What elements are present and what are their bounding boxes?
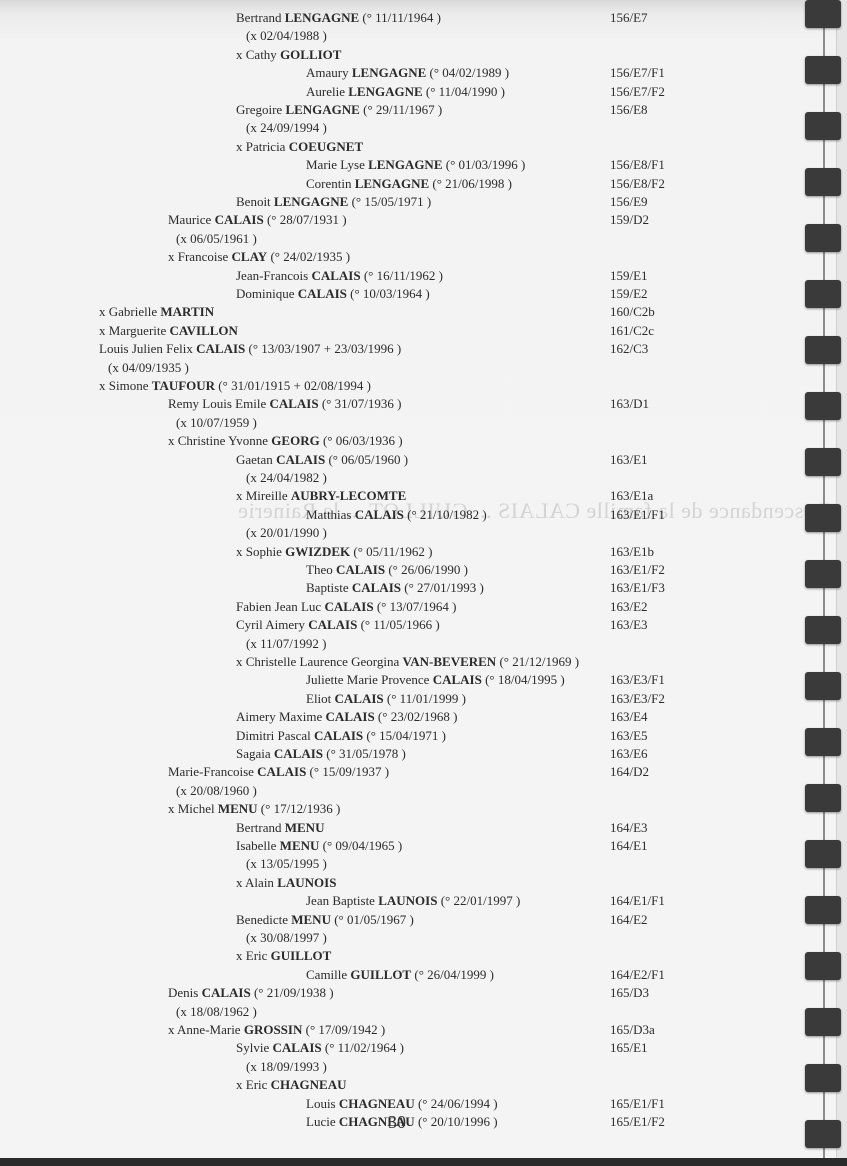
entry-name: Louis CHAGNEAU (° 24/06/1994 ) [306, 1095, 498, 1113]
document-page: Descendance de la famille CALAIS ... GUI… [0, 0, 847, 1166]
genealogy-line: (x 24/04/1982 ) [0, 469, 780, 487]
binding-ring [805, 224, 841, 252]
entry-name: Dominique CALAIS (° 10/03/1964 ) [236, 285, 430, 303]
entry-name: (x 06/05/1961 ) [176, 230, 257, 248]
genealogy-entry: Benoit LENGAGNE (° 15/05/1971 )156/E9 [0, 193, 780, 211]
entry-name: x Marguerite CAVILLON [99, 322, 238, 340]
entry-surname: CALAIS [355, 507, 404, 522]
scan-border [0, 1158, 847, 1166]
entry-surname: CALAIS [196, 341, 245, 356]
entry-reference: 156/E9 [610, 193, 648, 211]
entry-name: x Patricia COEUGNET [236, 138, 363, 156]
entry-name: Denis CALAIS (° 21/09/1938 ) [168, 984, 334, 1002]
binding-ring [805, 448, 841, 476]
entry-surname: CALAIS [202, 985, 251, 1000]
genealogy-entry: x Marguerite CAVILLON161/C2c [0, 322, 780, 340]
entry-surname: LENGAGNE [274, 194, 348, 209]
entry-name: Cyril Aimery CALAIS (° 11/05/1966 ) [236, 616, 440, 634]
entry-reference: 164/E3 [610, 819, 648, 837]
entry-reference: 163/E1a [610, 487, 653, 505]
entry-name: Fabien Jean Luc CALAIS (° 13/07/1964 ) [236, 598, 456, 616]
page-number: 30 [388, 1112, 406, 1133]
genealogy-entry: Bertrand LENGAGNE (° 11/11/1964 )156/E7 [0, 9, 780, 27]
entry-name: (x 13/05/1995 ) [246, 855, 327, 873]
entry-surname: CALAIS [298, 286, 347, 301]
entry-name: Bertrand LENGAGNE (° 11/11/1964 ) [236, 9, 441, 27]
entry-surname: CALAIS [274, 746, 323, 761]
genealogy-entry: Maurice CALAIS (° 28/07/1931 )159/D2 [0, 211, 780, 229]
entry-reference: 165/E1/F1 [610, 1095, 665, 1113]
entry-reference: 164/D2 [610, 763, 649, 781]
entry-name: Gaetan CALAIS (° 06/05/1960 ) [236, 451, 408, 469]
entry-name: x Christine Yvonne GEORG (° 06/03/1936 ) [168, 432, 403, 450]
genealogy-line: x Eric CHAGNEAU [0, 1076, 780, 1094]
entry-surname: GUILLOT [350, 967, 411, 982]
entry-surname: GOLLIOT [280, 47, 341, 62]
genealogy-line: (x 18/08/1962 ) [0, 1003, 780, 1021]
entry-surname: CALAIS [308, 617, 357, 632]
binding-ring [805, 616, 841, 644]
genealogy-line: x Cathy GOLLIOT [0, 46, 780, 64]
entry-surname: TAUFOUR [152, 378, 215, 393]
entry-surname: CALAIS [335, 691, 384, 706]
entry-name: Eliot CALAIS (° 11/01/1999 ) [306, 690, 466, 708]
entry-surname: CALAIS [336, 562, 385, 577]
genealogy-line: x Christine Yvonne GEORG (° 06/03/1936 ) [0, 432, 780, 450]
entry-reference: 164/E2/F1 [610, 966, 665, 984]
entry-name: x Francoise CLAY (° 24/02/1935 ) [168, 248, 350, 266]
entry-name: Jean-Francois CALAIS (° 16/11/1962 ) [236, 267, 443, 285]
entry-surname: LENGAGNE [368, 157, 442, 172]
genealogy-line: (x 20/08/1960 ) [0, 782, 780, 800]
genealogy-line: x Patricia COEUGNET [0, 138, 780, 156]
binding-ring [805, 1120, 841, 1148]
genealogy-entry: Marie-Francoise CALAIS (° 15/09/1937 )16… [0, 763, 780, 781]
entry-name: (x 11/07/1992 ) [246, 635, 326, 653]
entry-name: Benoit LENGAGNE (° 15/05/1971 ) [236, 193, 431, 211]
binding-ring [805, 672, 841, 700]
genealogy-entry: Sylvie CALAIS (° 11/02/1964 )165/E1 [0, 1039, 780, 1057]
entry-reference: 163/E5 [610, 727, 648, 745]
genealogy-entry: Benedicte MENU (° 01/05/1967 )164/E2 [0, 911, 780, 929]
entry-name: Sagaia CALAIS (° 31/05/1978 ) [236, 745, 406, 763]
genealogy-entry: Louis Julien Felix CALAIS (° 13/03/1907 … [0, 340, 780, 358]
binding-ring [805, 728, 841, 756]
entry-name: Aimery Maxime CALAIS (° 23/02/1968 ) [236, 708, 458, 726]
entry-name: x Simone TAUFOUR (° 31/01/1915 + 02/08/1… [99, 377, 371, 395]
genealogy-entry: Louis CHAGNEAU (° 24/06/1994 )165/E1/F1 [0, 1095, 780, 1113]
entry-surname: CALAIS [276, 452, 325, 467]
entry-surname: CALAIS [272, 1040, 321, 1055]
genealogy-line: (x 06/05/1961 ) [0, 230, 780, 248]
entry-name: Louis Julien Felix CALAIS (° 13/03/1907 … [99, 340, 401, 358]
binding-ring [805, 504, 841, 532]
entry-name: x Eric GUILLOT [236, 947, 331, 965]
entry-surname: CALAIS [433, 672, 482, 687]
entry-reference: 163/D1 [610, 395, 649, 413]
entry-surname: MENU [291, 912, 331, 927]
entry-surname: VAN-BEVEREN [403, 654, 497, 669]
entry-name: Aurelie LENGAGNE (° 11/04/1990 ) [306, 83, 505, 101]
entry-reference: 162/C3 [610, 340, 648, 358]
binding-ring [805, 840, 841, 868]
binding-ring [805, 392, 841, 420]
entry-surname: GUILLOT [271, 948, 332, 963]
genealogy-line: (x 04/09/1935 ) [0, 359, 780, 377]
genealogy-entry: Matthias CALAIS (° 21/10/1982 )163/E1/F1 [0, 506, 780, 524]
genealogy-entry: Fabien Jean Luc CALAIS (° 13/07/1964 )16… [0, 598, 780, 616]
entry-surname: MENU [285, 820, 325, 835]
genealogy-entry: Dominique CALAIS (° 10/03/1964 )159/E2 [0, 285, 780, 303]
entry-name: Theo CALAIS (° 26/06/1990 ) [306, 561, 468, 579]
entry-surname: CALAIS [314, 728, 363, 743]
genealogy-entry: Amaury LENGAGNE (° 04/02/1989 )156/E7/F1 [0, 64, 780, 82]
genealogy-entry: Remy Louis Emile CALAIS (° 31/07/1936 )1… [0, 395, 780, 413]
genealogy-entry: Cyril Aimery CALAIS (° 11/05/1966 )163/E… [0, 616, 780, 634]
entry-surname: GEORG [271, 433, 319, 448]
entry-reference: 163/E4 [610, 708, 648, 726]
genealogy-entry: Camille GUILLOT (° 26/04/1999 )164/E2/F1 [0, 966, 780, 984]
entry-name: (x 10/07/1959 ) [176, 414, 257, 432]
entry-name: Bertrand MENU [236, 819, 324, 837]
genealogy-line: (x 02/04/1988 ) [0, 27, 780, 45]
genealogy-entry: Theo CALAIS (° 26/06/1990 )163/E1/F2 [0, 561, 780, 579]
binding-ring [805, 280, 841, 308]
entry-reference: 156/E7/F1 [610, 64, 665, 82]
entry-surname: LAUNOIS [378, 893, 437, 908]
entry-surname: CALAIS [257, 764, 306, 779]
entry-reference: 165/D3 [610, 984, 649, 1002]
genealogy-entry: Jean Baptiste LAUNOIS (° 22/01/1997 )164… [0, 892, 780, 910]
entry-name: x Gabrielle MARTIN [99, 303, 214, 321]
entry-surname: MARTIN [160, 304, 214, 319]
entry-name: (x 02/04/1988 ) [246, 27, 327, 45]
entry-surname: LENGAGNE [285, 10, 359, 25]
entry-reference: 165/D3a [610, 1021, 655, 1039]
entry-name: Remy Louis Emile CALAIS (° 31/07/1936 ) [168, 395, 401, 413]
binding-ring [805, 560, 841, 588]
genealogy-line: (x 13/05/1995 ) [0, 855, 780, 873]
entry-surname: CALAIS [324, 599, 373, 614]
genealogy-entry: Aurelie LENGAGNE (° 11/04/1990 )156/E7/F… [0, 83, 780, 101]
genealogy-entry: x Sophie GWIZDEK (° 05/11/1962 )163/E1b [0, 543, 780, 561]
entry-surname: LENGAGNE [352, 65, 426, 80]
entry-surname: LENGAGNE [355, 176, 429, 191]
entry-reference: 156/E8/F2 [610, 175, 665, 193]
entry-reference: 163/E6 [610, 745, 648, 763]
entry-surname: MENU [280, 838, 320, 853]
genealogy-entry: Bertrand MENU164/E3 [0, 819, 780, 837]
binding-ring [805, 168, 841, 196]
entry-reference: 160/C2b [610, 303, 655, 321]
entry-reference: 163/E3/F1 [610, 671, 665, 689]
entry-surname: GWIZDEK [285, 544, 350, 559]
entry-surname: LAUNOIS [277, 875, 336, 890]
entry-name: (x 04/09/1935 ) [108, 359, 189, 377]
entry-name: (x 18/09/1993 ) [246, 1058, 327, 1076]
binding-ring [805, 952, 841, 980]
entry-name: (x 24/09/1994 ) [246, 119, 327, 137]
entry-name: Marie Lyse LENGAGNE (° 01/03/1996 ) [306, 156, 525, 174]
entry-reference: 165/E1 [610, 1039, 648, 1057]
entry-surname: GROSSIN [244, 1022, 303, 1037]
entry-reference: 163/E1/F3 [610, 579, 665, 597]
entry-name: Gregoire LENGAGNE (° 29/11/1967 ) [236, 101, 442, 119]
entry-name: x Sophie GWIZDEK (° 05/11/1962 ) [236, 543, 433, 561]
genealogy-line: (x 11/07/1992 ) [0, 635, 780, 653]
genealogy-line: x Alain LAUNOIS [0, 874, 780, 892]
genealogy-entry: Juliette Marie Provence CALAIS (° 18/04/… [0, 671, 780, 689]
genealogy-entry: Gregoire LENGAGNE (° 29/11/1967 )156/E8 [0, 101, 780, 119]
entry-surname: COEUGNET [289, 139, 363, 154]
entry-name: Juliette Marie Provence CALAIS (° 18/04/… [306, 671, 565, 689]
entry-name: (x 20/08/1960 ) [176, 782, 257, 800]
entry-reference: 164/E1 [610, 837, 648, 855]
binding-ring [805, 112, 841, 140]
binding-ring [805, 784, 841, 812]
entry-name: x Mireille AUBRY-LECOMTE [236, 487, 406, 505]
entry-reference: 156/E7 [610, 9, 648, 27]
entry-name: Jean Baptiste LAUNOIS (° 22/01/1997 ) [306, 892, 520, 910]
genealogy-entry: Dimitri Pascal CALAIS (° 15/04/1971 )163… [0, 727, 780, 745]
entry-name: Isabelle MENU (° 09/04/1965 ) [236, 837, 402, 855]
entry-name: x Cathy GOLLIOT [236, 46, 341, 64]
entry-surname: CALAIS [326, 709, 375, 724]
genealogy-line: x Eric GUILLOT [0, 947, 780, 965]
genealogy-line: (x 24/09/1994 ) [0, 119, 780, 137]
entry-name: Benedicte MENU (° 01/05/1967 ) [236, 911, 414, 929]
entry-name: Marie-Francoise CALAIS (° 15/09/1937 ) [168, 763, 389, 781]
genealogy-line: (x 10/07/1959 ) [0, 414, 780, 432]
entry-name: Corentin LENGAGNE (° 21/06/1998 ) [306, 175, 512, 193]
genealogy-entry: x Anne-Marie GROSSIN (° 17/09/1942 )165/… [0, 1021, 780, 1039]
genealogy-entry: Sagaia CALAIS (° 31/05/1978 )163/E6 [0, 745, 780, 763]
entry-surname: CLAY [232, 249, 268, 264]
binding-ring [805, 1064, 841, 1092]
entry-surname: LENGAGNE [348, 84, 422, 99]
binding-ring [805, 56, 841, 84]
binding-ring [805, 896, 841, 924]
entry-name: (x 30/08/1997 ) [246, 929, 327, 947]
entry-surname: AUBRY-LECOMTE [291, 488, 406, 503]
genealogy-entry: Marie Lyse LENGAGNE (° 01/03/1996 )156/E… [0, 156, 780, 174]
entry-name: Amaury LENGAGNE (° 04/02/1989 ) [306, 64, 509, 82]
entry-reference: 163/E1/F2 [610, 561, 665, 579]
entry-reference: 161/C2c [610, 322, 654, 340]
binding-ring [805, 336, 841, 364]
entry-name: x Eric CHAGNEAU [236, 1076, 347, 1094]
entry-surname: CHAGNEAU [271, 1077, 347, 1092]
entry-name: x Michel MENU (° 17/12/1936 ) [168, 800, 340, 818]
entry-name: (x 20/01/1990 ) [246, 524, 327, 542]
entry-name: x Anne-Marie GROSSIN (° 17/09/1942 ) [168, 1021, 385, 1039]
genealogy-entry: x Mireille AUBRY-LECOMTE163/E1a [0, 487, 780, 505]
genealogy-line: x Simone TAUFOUR (° 31/01/1915 + 02/08/1… [0, 377, 780, 395]
entry-reference: 163/E1 [610, 451, 648, 469]
entry-surname: LENGAGNE [285, 102, 359, 117]
entry-reference: 165/E1/F2 [610, 1113, 665, 1131]
entry-reference: 163/E1b [610, 543, 654, 561]
entry-surname: CALAIS [311, 268, 360, 283]
entry-reference: 156/E7/F2 [610, 83, 665, 101]
genealogy-line: x Christelle Laurence Georgina VAN-BEVER… [0, 653, 780, 671]
entry-surname: MENU [218, 801, 258, 816]
genealogy-line: (x 20/01/1990 ) [0, 524, 780, 542]
genealogy-entry: Denis CALAIS (° 21/09/1938 )165/D3 [0, 984, 780, 1002]
entry-reference: 163/E1/F1 [610, 506, 665, 524]
entry-reference: 156/E8 [610, 101, 648, 119]
entry-reference: 163/E3 [610, 616, 648, 634]
entry-reference: 159/D2 [610, 211, 649, 229]
genealogy-line: x Francoise CLAY (° 24/02/1935 ) [0, 248, 780, 266]
entry-name: Camille GUILLOT (° 26/04/1999 ) [306, 966, 494, 984]
genealogy-line: x Michel MENU (° 17/12/1936 ) [0, 800, 780, 818]
entry-surname: CALAIS [269, 396, 318, 411]
genealogy-line: (x 30/08/1997 ) [0, 929, 780, 947]
entry-name: x Christelle Laurence Georgina VAN-BEVER… [236, 653, 579, 671]
entry-name: (x 18/08/1962 ) [176, 1003, 257, 1021]
genealogy-entry: Baptiste CALAIS (° 27/01/1993 )163/E1/F3 [0, 579, 780, 597]
entry-name: Baptiste CALAIS (° 27/01/1993 ) [306, 579, 484, 597]
entry-name: (x 24/04/1982 ) [246, 469, 327, 487]
binding-ring [805, 1008, 841, 1036]
genealogy-entry: Eliot CALAIS (° 11/01/1999 )163/E3/F2 [0, 690, 780, 708]
genealogy-entry: Gaetan CALAIS (° 06/05/1960 )163/E1 [0, 451, 780, 469]
entry-reference: 156/E8/F1 [610, 156, 665, 174]
genealogy-entry: Jean-Francois CALAIS (° 16/11/1962 )159/… [0, 267, 780, 285]
binding-ring [805, 0, 841, 28]
genealogy-entry: x Gabrielle MARTIN160/C2b [0, 303, 780, 321]
entry-name: x Alain LAUNOIS [236, 874, 336, 892]
entry-reference: 159/E1 [610, 267, 648, 285]
entry-reference: 164/E2 [610, 911, 648, 929]
entry-surname: CHAGNEAU [339, 1096, 415, 1111]
entry-surname: CALAIS [215, 212, 264, 227]
entry-name: Dimitri Pascal CALAIS (° 15/04/1971 ) [236, 727, 446, 745]
entry-reference: 163/E2 [610, 598, 648, 616]
genealogy-line: (x 18/09/1993 ) [0, 1058, 780, 1076]
entry-surname: CAVILLON [170, 323, 238, 338]
entry-name: Maurice CALAIS (° 28/07/1931 ) [168, 211, 347, 229]
genealogy-entry: Isabelle MENU (° 09/04/1965 )164/E1 [0, 837, 780, 855]
entry-reference: 159/E2 [610, 285, 648, 303]
entry-name: Sylvie CALAIS (° 11/02/1964 ) [236, 1039, 404, 1057]
genealogy-entry: Corentin LENGAGNE (° 21/06/1998 )156/E8/… [0, 175, 780, 193]
genealogy-entry: Aimery Maxime CALAIS (° 23/02/1968 )163/… [0, 708, 780, 726]
entry-reference: 164/E1/F1 [610, 892, 665, 910]
entry-surname: CALAIS [352, 580, 401, 595]
entry-name: Matthias CALAIS (° 21/10/1982 ) [306, 506, 487, 524]
entry-reference: 163/E3/F2 [610, 690, 665, 708]
